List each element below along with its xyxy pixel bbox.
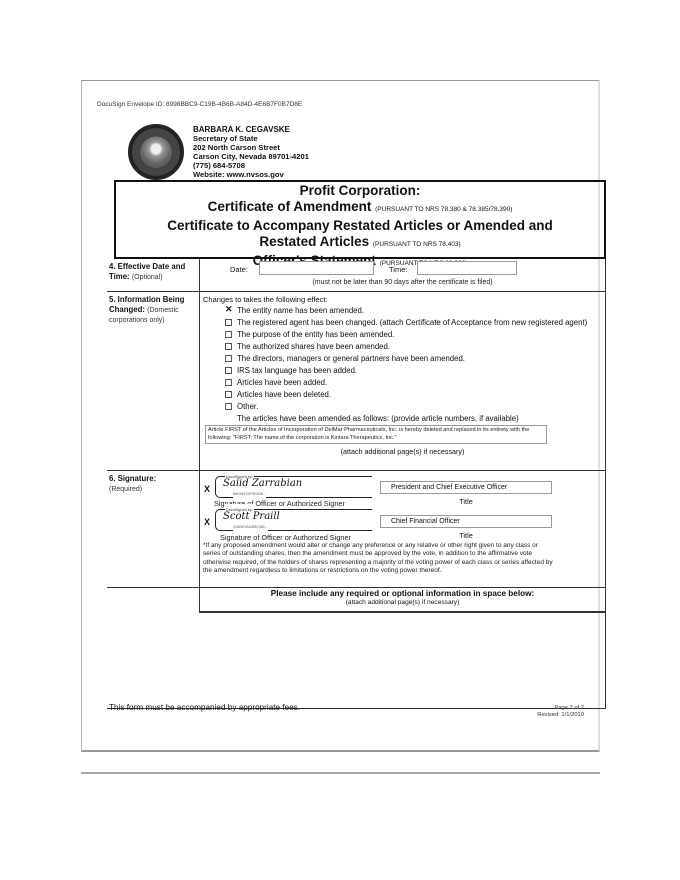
include-title: Please include any required or optional … xyxy=(200,588,605,599)
signature-x-mark: X xyxy=(204,516,210,528)
change-option-label: The directors, managers or general partn… xyxy=(237,354,465,363)
signature-field-2[interactable]: X DocuSigned by: Scott Praill CD89E1A208… xyxy=(203,506,373,530)
letterhead: BARBARA K. CEGAVSKE Secretary of State 2… xyxy=(193,125,309,179)
address-city: Carson City, Nevada 89701-4201 xyxy=(193,152,309,161)
phone: (775) 684-5708 xyxy=(193,161,309,170)
change-option-label: Articles have been deleted. xyxy=(237,390,331,399)
change-option-label: The entity name has been amended. xyxy=(237,306,364,315)
page-divider xyxy=(81,772,600,774)
attach-note: (attach additional page(s) if necessary) xyxy=(203,446,602,458)
address-street: 202 North Carson Street xyxy=(193,143,309,152)
date-note: (must not be later than 90 days after th… xyxy=(200,277,605,289)
checkbox-icon[interactable] xyxy=(225,355,232,362)
change-option[interactable]: Other. xyxy=(203,401,602,413)
change-option[interactable]: The authorized shares have been amended. xyxy=(203,341,602,353)
additional-info-area[interactable] xyxy=(107,613,606,709)
amendment-text-field[interactable]: Article FIRST of the Articles of Incorpo… xyxy=(205,425,547,444)
change-option[interactable]: ✕The entity name has been amended. xyxy=(203,305,602,317)
change-option-label: Articles have been added. xyxy=(237,378,327,387)
form-title-line3: Certificate to Accompany Restated Articl… xyxy=(116,218,604,234)
changes-intro: Changes to takes the following effect: xyxy=(203,294,602,305)
document-page: DocuSign Envelope ID: 8998BBC9-C19B-4B6B… xyxy=(81,80,600,752)
section-effective-date: 4. Effective Date and Time: (Optional) D… xyxy=(107,259,606,292)
section-signature: 6. Signature:(Required) X DocuSigned by:… xyxy=(107,471,606,588)
checkbox-icon[interactable] xyxy=(225,403,232,410)
section-information-changed: 5. Information Being Changed: (Domestic … xyxy=(107,292,606,471)
nevada-state-seal-icon xyxy=(128,124,184,180)
docusign-envelope-id: DocuSign Envelope ID: 8998BBC9-C19B-4B6B… xyxy=(97,101,302,108)
section4-label: 4. Effective Date and Time: (Optional) xyxy=(107,259,197,285)
secretary-name: BARBARA K. CEGAVSKE xyxy=(193,125,309,134)
change-option-label: Other. xyxy=(237,402,258,411)
title-field-2[interactable]: Chief Financial Officer xyxy=(380,515,552,528)
change-option-label: The authorized shares have been amended. xyxy=(237,342,390,351)
fees-note: This form must be accompanied by appropr… xyxy=(109,703,300,712)
form-title-line1: Profit Corporation: xyxy=(116,183,604,199)
change-option[interactable]: IRS tax language has been added. xyxy=(203,365,602,377)
checkbox-checked-icon[interactable]: ✕ xyxy=(225,307,232,314)
change-option-label: The registered agent has been changed. (… xyxy=(237,318,587,327)
form-title-box: Profit Corporation: Certificate of Amend… xyxy=(114,180,606,259)
checkbox-icon[interactable] xyxy=(225,391,232,398)
revised-date: Revised: 1/1/2019 xyxy=(537,712,584,719)
secretary-title: Secretary of State xyxy=(193,134,309,143)
title-field-1[interactable]: President and Chief Executive Officer xyxy=(380,481,552,494)
website: Website: www.nvsos.gov xyxy=(193,170,309,179)
title-caption: Title xyxy=(380,496,552,508)
change-option[interactable]: The directors, managers or general partn… xyxy=(203,353,602,365)
amendment-footnote: *If any proposed amendment would alter o… xyxy=(203,542,553,575)
time-label: Time: xyxy=(389,264,407,276)
signature-field-1[interactable]: X DocuSigned by: Saiid Zarrabian 9AD96F2… xyxy=(203,473,373,497)
section5-label: 5. Information Being Changed: (Domestic … xyxy=(107,292,197,329)
date-field[interactable] xyxy=(259,261,374,275)
include-subtitle: (attach additional page(s) if necessary) xyxy=(200,599,605,607)
change-option[interactable]: The registered agent has been changed. (… xyxy=(203,317,602,329)
date-label: Date: xyxy=(230,264,248,276)
checkbox-icon[interactable] xyxy=(225,367,232,374)
page-number: Page 2 of 2 xyxy=(537,705,584,712)
form-title-line4: Restated Articles (PURSUANT TO NRS 78.40… xyxy=(116,234,604,253)
time-field[interactable] xyxy=(417,261,517,275)
checkbox-icon[interactable] xyxy=(225,319,232,326)
change-options-list: ✕The entity name has been amended.The re… xyxy=(203,305,602,413)
change-option[interactable]: The purpose of the entity has been amend… xyxy=(203,329,602,341)
include-info-header: Please include any required or optional … xyxy=(199,588,606,613)
form-body: 4. Effective Date and Time: (Optional) D… xyxy=(107,259,606,709)
change-option[interactable]: Articles have been added. xyxy=(203,377,602,389)
change-option[interactable]: Articles have been deleted. xyxy=(203,389,602,401)
signature-x-mark: X xyxy=(204,483,210,495)
amended-as-follows-label: The articles have been amended as follow… xyxy=(203,413,602,424)
change-option-label: IRS tax language has been added. xyxy=(237,366,357,375)
change-option-label: The purpose of the entity has been amend… xyxy=(237,330,394,339)
section6-label: 6. Signature:(Required) xyxy=(107,471,197,497)
page-info: Page 2 of 2 Revised: 1/1/2019 xyxy=(537,705,584,719)
checkbox-icon[interactable] xyxy=(225,331,232,338)
checkbox-icon[interactable] xyxy=(225,343,232,350)
title-caption: Title xyxy=(380,530,552,542)
form-title-line2: Certificate of Amendment (PURSUANT TO NR… xyxy=(116,199,604,218)
checkbox-icon[interactable] xyxy=(225,379,232,386)
